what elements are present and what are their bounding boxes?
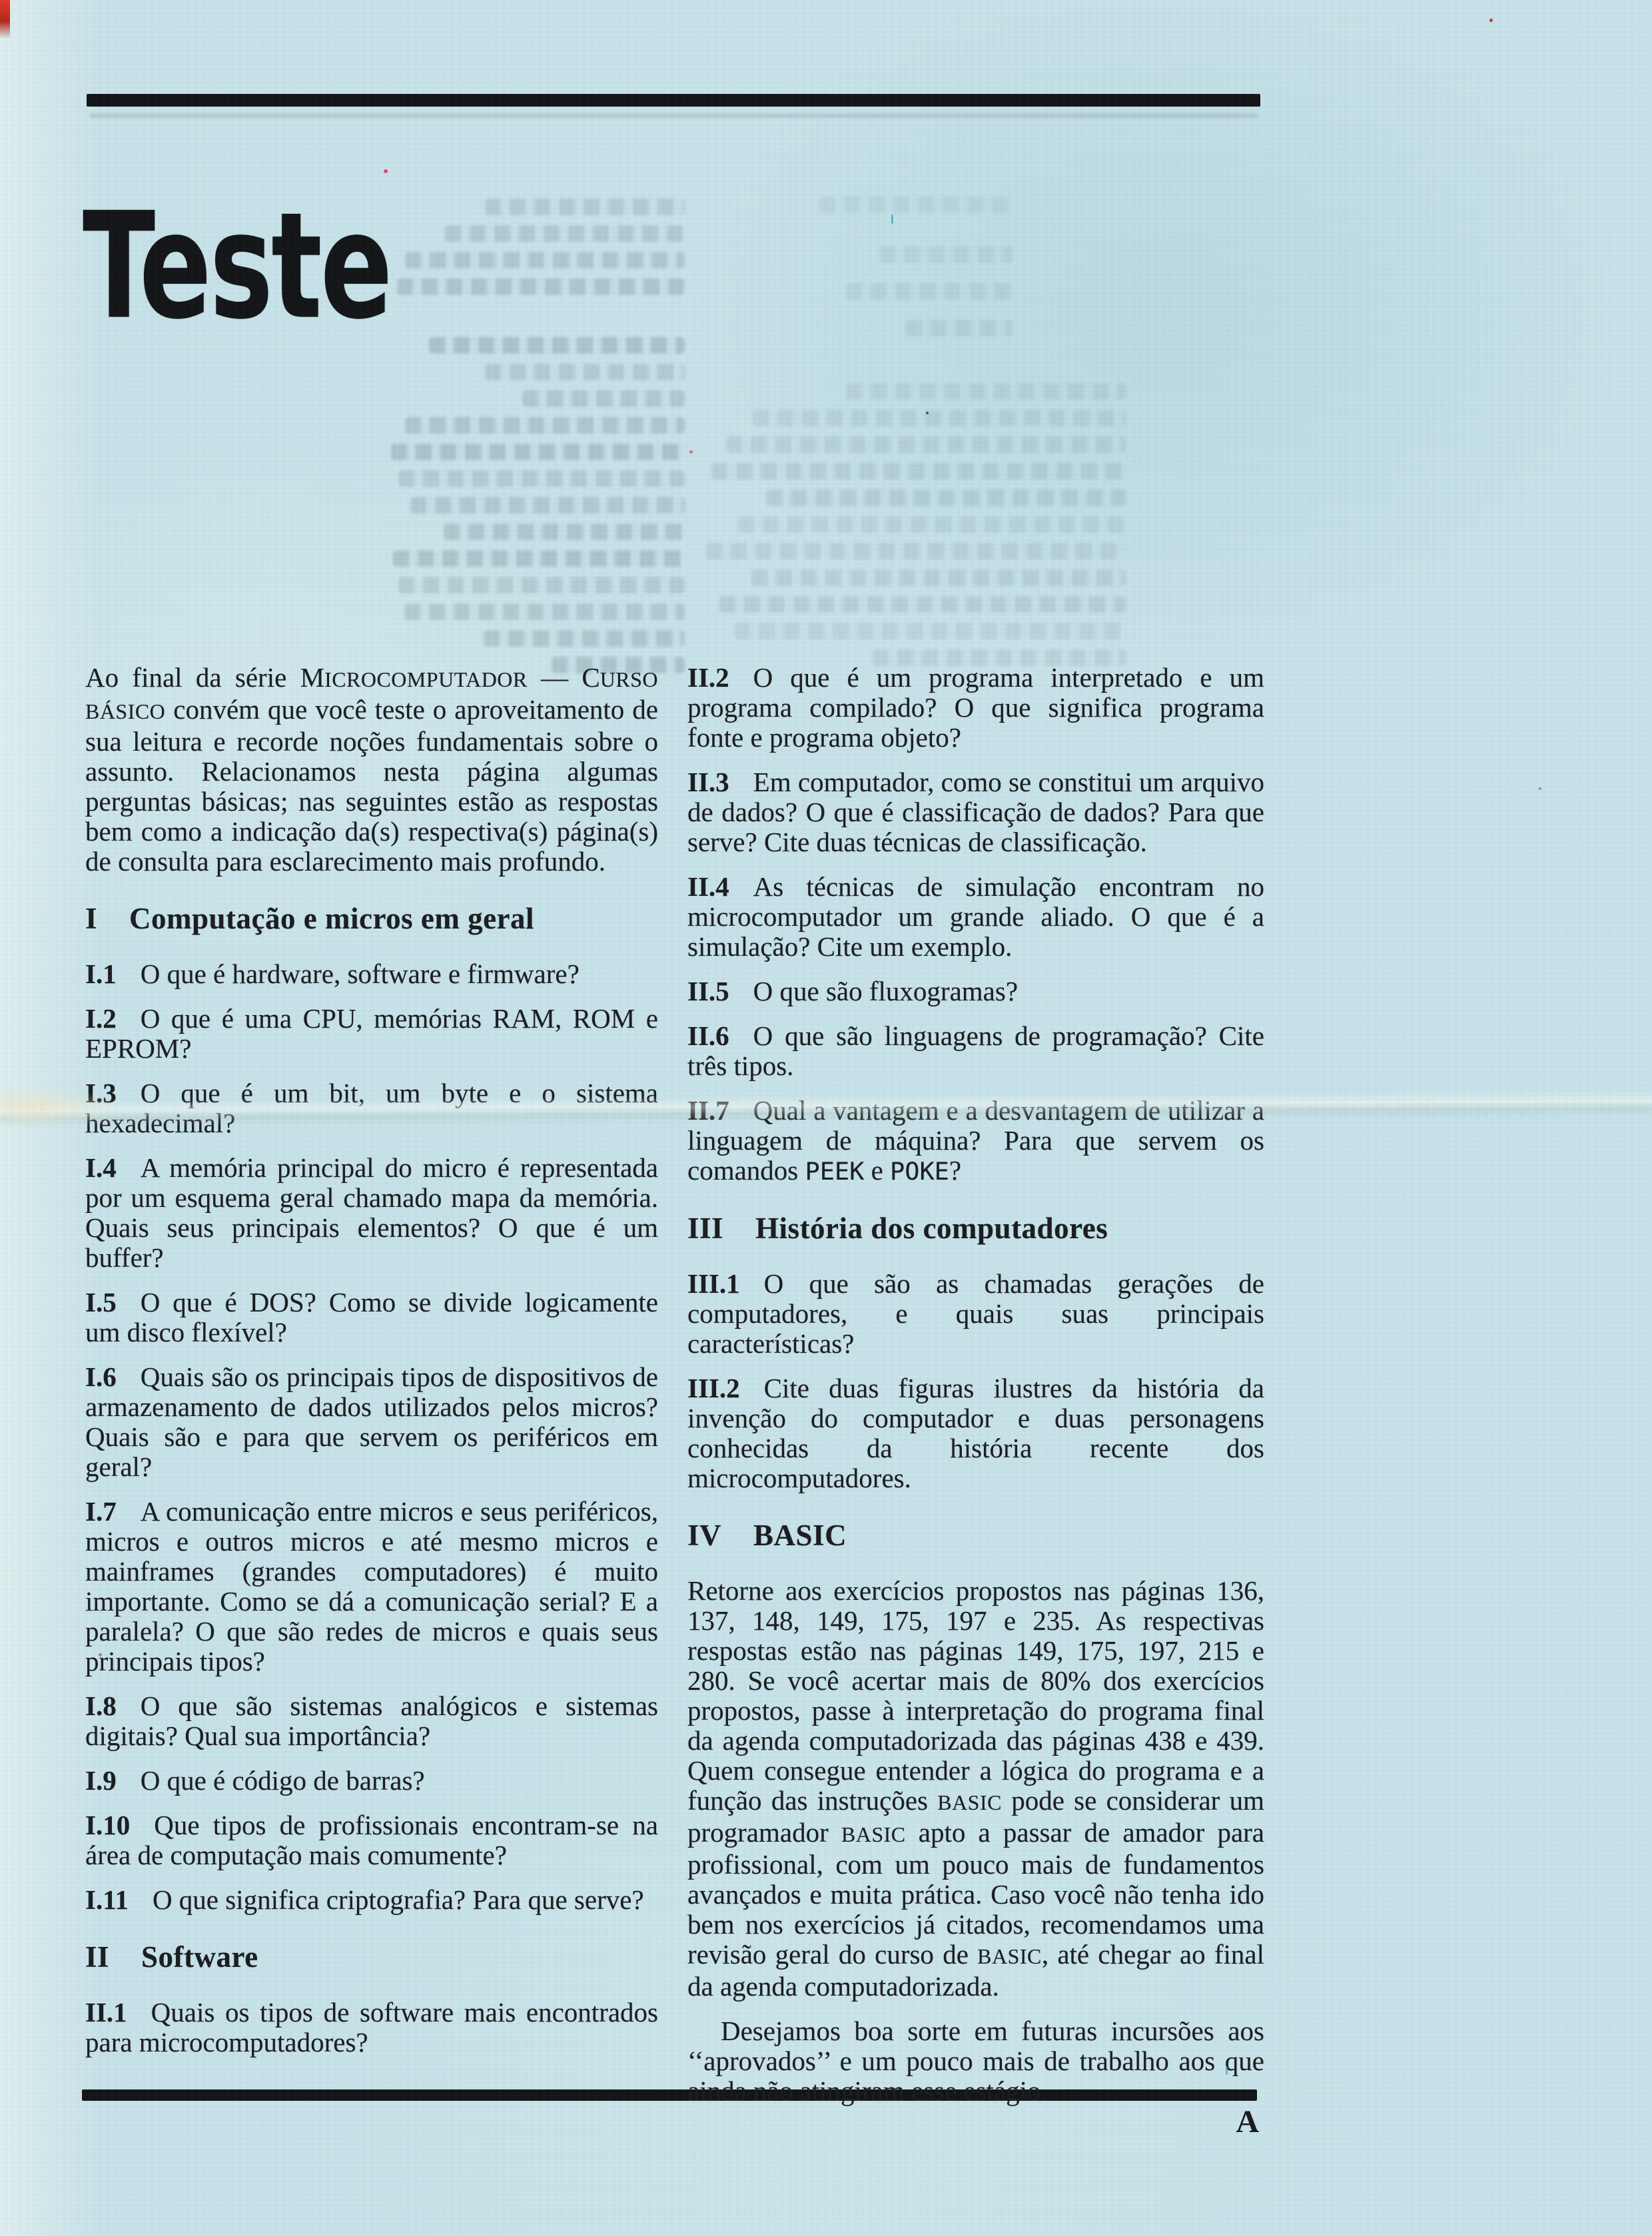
question-item: II.3Em computador, como se constitui um … (687, 767, 1264, 857)
bleedthrough-line (393, 550, 685, 567)
section-heading-iii: IIIHistória dos computadores (687, 1212, 1264, 1245)
question-number: II.5 (687, 976, 729, 1006)
bleedthrough-line (711, 463, 1126, 480)
paper-speck (1539, 787, 1541, 790)
paragraph: Desejamos boa sorte em futuras incursões… (687, 2016, 1264, 2106)
text-run: O que são as chamadas gerações de comput… (687, 1268, 1264, 1359)
bleedthrough-line (404, 603, 685, 620)
bleedthrough-marks (733, 196, 1013, 363)
smallcaps-text: BASIC (937, 1791, 1002, 1814)
section-heading-i: IComputação e micros em geral (85, 902, 658, 935)
bleedthrough-line (738, 516, 1126, 533)
question-item: II.1Quais os tipos de software mais enco… (85, 1998, 658, 2057)
question-item: I.9O que é código de barras? (85, 1766, 658, 1796)
text-run: Retorne aos exercícios propostos nas pág… (687, 1575, 1264, 1816)
bleedthrough-line (398, 577, 685, 593)
bleedthrough-text-right (699, 383, 1126, 689)
question-number: II.3 (687, 767, 729, 797)
text-run: O que é um programa interpretado e um pr… (687, 662, 1264, 753)
text-run: Que tipos de profissionais encontram-se … (85, 1810, 658, 1870)
bleedthrough-line (753, 410, 1126, 426)
question-number: I.6 (85, 1361, 117, 1392)
bleedthrough-line (484, 630, 685, 647)
paragraph: Ao final da série MICROCOMPUTADOR — CURS… (85, 663, 658, 877)
bleedthrough-line (391, 444, 685, 460)
text-run: O que são sistemas analógicos e sistemas… (85, 1690, 658, 1751)
section-number: III (687, 1212, 723, 1245)
text-run: e (864, 1155, 890, 1186)
text-run: O que é DOS? Como se divide logicamente … (85, 1287, 658, 1347)
question-item: II.7Qual a vantagem e a desvantagem de u… (687, 1096, 1264, 1186)
text-run: Cite duas figuras ilustres da história d… (687, 1373, 1264, 1493)
question-item: I.1O que é hardware, software e firmware… (85, 959, 658, 989)
question-number: II.1 (85, 1997, 127, 2028)
question-number: I.3 (85, 1078, 117, 1108)
keyword-text: PEEK (805, 1157, 865, 1186)
section-heading-ii: IISoftware (85, 1940, 658, 1974)
bleedthrough-line (410, 497, 685, 514)
paper-speck (891, 214, 893, 224)
question-item: I.6Quais são os principais tipos de disp… (85, 1362, 658, 1482)
question-number: I.11 (85, 1884, 129, 1915)
bleedthrough-line (734, 623, 1126, 639)
bleedthrough-line (485, 364, 685, 380)
question-item: I.2O que é uma CPU, memórias RAM, ROM e … (85, 1004, 658, 1064)
question-item: II.6O que são linguagens de programação?… (687, 1021, 1264, 1081)
page-title: Teste (83, 193, 391, 340)
question-number: I.8 (85, 1690, 117, 1721)
bleedthrough-line (397, 278, 685, 295)
question-number: III.1 (687, 1268, 740, 1299)
bleedthrough-line (751, 569, 1126, 586)
section-number: II (85, 1940, 109, 1974)
right-column: II.2O que é um programa interpretado e u… (687, 663, 1264, 2121)
question-item: I.5O que é DOS? Como se divide logicamen… (85, 1288, 658, 1347)
bleedthrough-line (485, 198, 685, 215)
question-number: I.1 (85, 958, 117, 989)
question-item: I.8O que são sistemas analógicos e siste… (85, 1691, 658, 1751)
text-run: Quais os tipos de software mais encontra… (85, 1997, 658, 2057)
paper-speck (1489, 19, 1493, 22)
bleedthrough-line (879, 246, 1013, 263)
smallcaps-text: BASIC (841, 1823, 906, 1846)
question-item: I.11O que significa criptografia? Para q… (85, 1885, 658, 1915)
text-run: O que é uma CPU, memórias RAM, ROM e EPR… (85, 1003, 658, 1064)
text-run: convém que você teste o aproveitamento d… (85, 694, 658, 877)
paper-speck (926, 412, 929, 414)
text-run: A comunicação entre micros e seus perifé… (85, 1496, 658, 1677)
text-run: O que é código de barras? (141, 1765, 425, 1796)
question-number: I.9 (85, 1765, 117, 1796)
section-title: Software (141, 1940, 258, 1974)
section-number: I (85, 902, 97, 935)
question-item: I.3O que é um bit, um byte e o sistema h… (85, 1078, 658, 1138)
text-run: Ao final da série M (85, 662, 324, 693)
bleedthrough-line (405, 417, 685, 434)
smallcaps-text: BASIC (977, 1945, 1042, 1968)
question-number: III.2 (687, 1373, 740, 1403)
bleedthrough-line (398, 470, 685, 487)
bleedthrough-line (819, 196, 1013, 213)
text-run: — C (528, 662, 600, 693)
question-number: I.7 (85, 1496, 117, 1527)
top-rule-shadow (89, 113, 1258, 118)
bleedthrough-line (706, 543, 1126, 559)
text-run: O que é hardware, software e firmware? (141, 958, 580, 989)
page-title-text: Teste (83, 181, 391, 352)
paragraph: Retorne aos exercícios propostos nas pág… (687, 1576, 1264, 2002)
question-number: II.4 (687, 871, 729, 902)
text-run: Desejamos boa sorte em futuras incursões… (687, 2016, 1264, 2106)
question-item: I.7A comunicação entre micros e seus per… (85, 1497, 658, 1677)
text-run: O que são fluxogramas? (753, 976, 1018, 1006)
bleedthrough-line (846, 383, 1126, 400)
paper-speck (384, 169, 388, 173)
section-title: BASIC (753, 1519, 847, 1552)
bleedthrough-line (405, 252, 685, 268)
question-number: I.2 (85, 1003, 117, 1034)
keyword-text: POKE (890, 1157, 949, 1186)
section-heading-iv: IVBASIC (687, 1519, 1264, 1552)
question-item: II.5O que são fluxogramas? (687, 976, 1264, 1006)
question-number: I.4 (85, 1152, 117, 1183)
left-column: Ao final da série MICROCOMPUTADOR — CURS… (85, 663, 658, 2072)
bleedthrough-text-left (386, 198, 685, 665)
text-run: O que significa criptografia? Para que s… (153, 1884, 644, 1915)
section-number: IV (687, 1519, 721, 1552)
smallcaps-text: ICROCOMPUTADOR (324, 668, 528, 691)
bleedthrough-line (846, 283, 1013, 300)
text-run: Qual a vantagem e a desvantagem de utili… (687, 1095, 1264, 1186)
text-run: O que são linguagens de programação? Cit… (687, 1020, 1264, 1081)
text-run: O que é um bit, um byte e o sistema hexa… (85, 1078, 658, 1138)
question-item: III.2Cite duas figuras ilustres da histó… (687, 1373, 1264, 1493)
question-number: II.7 (687, 1095, 729, 1126)
paper-speck (689, 450, 693, 454)
text-run: As técnicas de simulação encontram no mi… (687, 871, 1264, 962)
bleedthrough-line (906, 320, 1013, 336)
scan-edge-artifact (0, 0, 10, 39)
text-run: Quais são os principais tipos de disposi… (85, 1361, 658, 1482)
question-item: II.2O que é um programa interpretado e u… (687, 663, 1264, 753)
bleedthrough-line (445, 225, 685, 242)
question-item: II.4As técnicas de simulação encontram n… (687, 872, 1264, 962)
question-number: II.6 (687, 1020, 729, 1051)
question-number: I.10 (85, 1810, 130, 1840)
question-number: I.5 (85, 1287, 117, 1317)
paper-speck (99, 1653, 102, 1657)
question-item: III.1O que são as chamadas gerações de c… (687, 1269, 1264, 1359)
bleedthrough-line (766, 490, 1126, 506)
scanned-magazine-page: Teste Ao final da série MICROCOMPUTADOR … (0, 0, 1652, 2236)
bleedthrough-line (522, 390, 685, 407)
question-number: II.2 (687, 662, 729, 693)
question-item: I.4A memória principal do micro é repres… (85, 1153, 658, 1273)
bleedthrough-line (444, 524, 685, 540)
section-title: História dos computadores (755, 1212, 1108, 1245)
bleedthrough-line (719, 596, 1126, 613)
text-run: Em computador, como se constitui um arqu… (687, 767, 1264, 857)
text-run: ? (949, 1155, 961, 1186)
page-footer-letter: A (1126, 2103, 1259, 2140)
bleedthrough-line (726, 436, 1126, 453)
text-run: A memória principal do micro é represent… (85, 1152, 658, 1273)
paper-speck (1226, 2066, 1228, 2075)
bleedthrough-line (429, 337, 685, 354)
section-title: Computação e micros em geral (129, 902, 534, 935)
top-rule (87, 94, 1260, 107)
question-item: I.10Que tipos de profissionais encontram… (85, 1810, 658, 1870)
